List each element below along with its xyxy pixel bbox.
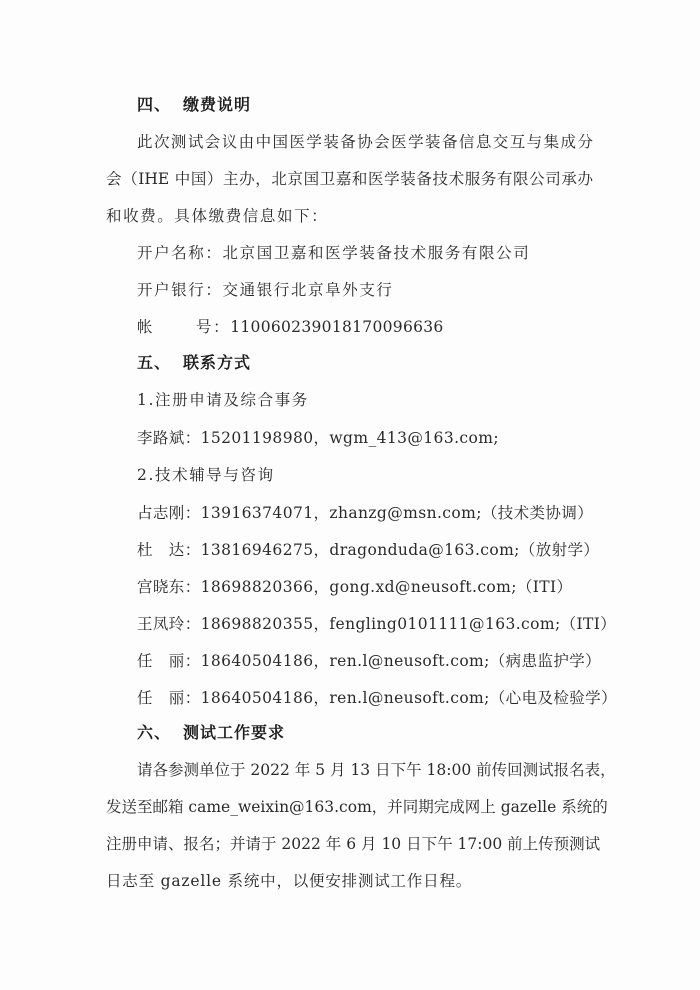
contact-line: 占志刚：13916374071，zhanzg@msn.com;（技术类协调） xyxy=(137,503,593,523)
section-heading-payment: 四、缴费说明 xyxy=(137,95,251,115)
paragraph-line: 发送至邮箱 came_weixin@163.com，并同期完成网上 gazell… xyxy=(106,797,593,817)
section-heading-requirements: 六、测试工作要求 xyxy=(137,723,285,743)
account-number-label-b: 号： xyxy=(196,318,230,336)
contact-line: 杜 达：13816946275，dragonduda@163.com;（放射学） xyxy=(137,540,599,560)
section-title: 联系方式 xyxy=(183,353,251,372)
paragraph-line: 请各参测单位于 2022 年 5 月 13 日下午 18:00 前传回测试报名表… xyxy=(137,760,593,780)
bank-label: 开户银行： xyxy=(137,281,223,299)
contact-line: 任 丽：18640504186，ren.l@neusoft.com;（心电及检验… xyxy=(137,688,617,708)
account-name-value: 北京国卫嘉和医学装备技术服务有限公司 xyxy=(223,244,531,262)
section-title: 缴费说明 xyxy=(183,95,251,114)
paragraph-line: 注册申请、报名；并请于 2022 年 6 月 10 日下午 17:00 前上传预… xyxy=(106,834,593,854)
account-name-row: 开户名称：北京国卫嘉和医学装备技术服务有限公司 xyxy=(137,243,530,263)
account-number-row: 帐号：110060239018170096636 xyxy=(137,317,444,337)
bank-value: 交通银行北京阜外支行 xyxy=(223,281,394,299)
paragraph-line: 此次测试会议由中国医学装备协会医学装备信息交互与集成分 xyxy=(137,132,593,152)
paragraph-line: 和收费。具体缴费信息如下： xyxy=(106,206,328,226)
document-page: 四、缴费说明 此次测试会议由中国医学装备协会医学装备信息交互与集成分 会（IHE… xyxy=(0,0,700,990)
section-title: 测试工作要求 xyxy=(183,723,285,742)
section-number: 五、 xyxy=(137,353,183,373)
contact-line: 王凤玲：18698820355，fengling0101111@163.com;… xyxy=(137,614,616,634)
subsection-title: 2.技术辅导与咨询 xyxy=(137,465,275,485)
subsection-title: 1.注册申请及综合事务 xyxy=(137,390,309,410)
section-number: 六、 xyxy=(137,723,183,743)
account-number-label-a: 帐 xyxy=(137,317,196,337)
section-number: 四、 xyxy=(137,95,183,115)
paragraph-line: 会（IHE 中国）主办，北京国卫嘉和医学装备技术服务有限公司承办 xyxy=(106,169,593,189)
paragraph-line: 日志至 gazelle 系统中，以便安排测试工作日程。 xyxy=(106,871,472,891)
contact-line: 李路斌：15201198980，wgm_413@163.com; xyxy=(137,428,499,448)
section-heading-contact: 五、联系方式 xyxy=(137,353,251,373)
bank-row: 开户银行：交通银行北京阜外支行 xyxy=(137,280,394,300)
account-number-value: 110060239018170096636 xyxy=(230,318,443,336)
contact-line: 宫晓东：18698820366，gong.xd@neusoft.com;（ITI… xyxy=(137,577,572,597)
account-name-label: 开户名称： xyxy=(137,244,223,262)
contact-line: 任 丽：18640504186，ren.l@neusoft.com;（病患监护学… xyxy=(137,651,601,671)
